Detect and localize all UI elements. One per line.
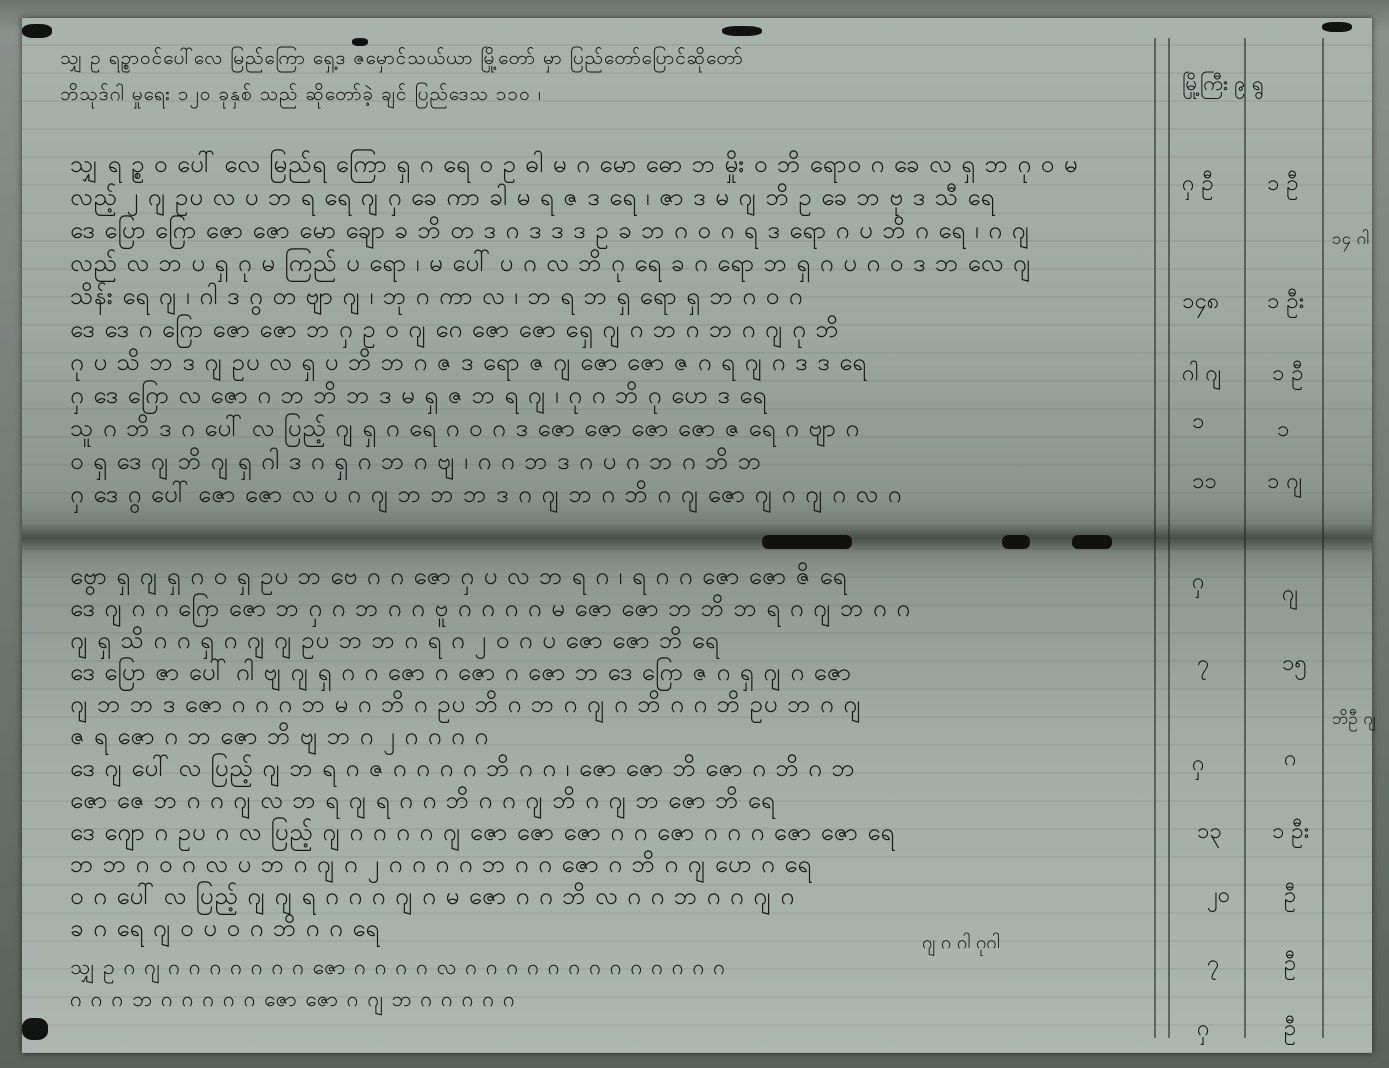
ink-stain (1322, 22, 1352, 32)
margin-col1-entry: ဂါ ဂျ (1182, 358, 1221, 391)
margin-col1-entry: ဂှ ဦ (1182, 168, 1214, 201)
margin-rule-line (1154, 38, 1156, 1038)
text-line: ဂျ ဘ ဘ ဒ ဇော ဂ ဂ ဂ ဘ မ ဂ ဘိ ဂ ဥပ ဘိ ဂ ဘ … (70, 688, 862, 724)
text-line: ဂျ ရှ သိ ဂ ဂ ရှ ဂ ဂျ ဂျ ဥပ ဘ ဘ ဂ ရ ဂ ၂ ဝ… (70, 624, 720, 660)
margin-col1-entry: ၁ (1192, 406, 1204, 439)
manuscript-page: သျှ ဥ ရဥ္စာဝင်ပေါ်လေ မြည်ကြော ရှေ့ဒ ဇမှေ… (22, 18, 1372, 1053)
text-line: ခ ဂ ရေ ဂျ ဝ ပ ဝ ဂ ဘိ ဂ ဂ ရေ (70, 912, 380, 948)
margin-col3-entry: ဘိဦ ဂျ (1332, 708, 1376, 733)
margin-col2-entry: ၁ ဦ (1267, 168, 1299, 201)
ink-stain (352, 38, 368, 46)
text-line: ဂှ ဒေ ဂြော လ ဇော ဂ ဘ ဘိ ဘ ဒ မ ရှ ဇ ဘ ရ ဂ… (70, 379, 767, 415)
text-line: ဒေ ဂျ ဂ ဂ ဂြော ဇော ဘ ဂှ ဂ ဘ ဂ ဂ ဗူ ဂ ဂ ဂ… (70, 592, 911, 628)
text-line: သူ ဂ ဘိ ဒ ဂ ပေါ် လ ပြည့် ဂျ ရှ ဂ ရေ ဂ ဝ … (70, 412, 860, 448)
margin-col1-entry: ၇ (1207, 948, 1219, 981)
text-line: ဂု ပ သိ ဘ ဒ ဂျ ဥပ လ ရှ ပ ဘိ ဘ ဂ ဇ ဒ ရော … (70, 346, 867, 382)
margin-col1-entry: ၂၀ (1207, 880, 1230, 913)
text-line: ဒေ ပြော ဂြော ဇော ဇော မော ချော ခ ဘိ တ ဒ ဂ… (70, 214, 1030, 250)
margin-col2-entry: ၁ (1277, 414, 1289, 447)
margin-rule-line (1168, 38, 1170, 1038)
fold-ink-blot (1002, 535, 1030, 549)
margin-col1-entry: ဂှ (1192, 566, 1205, 599)
text-line: ဒေ ဂျ ပေါ် လ ပြည့် ဂျ ဘ ရ ဂ ဇ ဂ ဂ ဂ ဂ ဘိ… (70, 752, 856, 788)
ink-stain (22, 24, 52, 38)
margin-header-note: မြို့ကြီး ၉ ရွ (1182, 70, 1263, 100)
margin-col2-entry: ၁၅ (1282, 648, 1307, 681)
ink-stain (22, 1018, 48, 1040)
ink-stain (722, 26, 762, 36)
text-line: ဒေ ဂျော ဂ ဥပ ဂ လ ပြည့် ဂျ ဂ ဂ ဂ ဂ ဂျ ဇော… (70, 816, 895, 852)
text-line: ဒေ ပြော ဇာ ပေါ် ဂါ ဗျ ဂျ ရှ ဂ ဂ ဇော ဂ ဇေ… (70, 656, 852, 692)
text-line: ဂ ဂ ဂ ဘ ဂ ဂ ဂ ဂ ဂ ဇော ဇော ဂ ဂျ ဘ ဂ ဂ ဂ ဂ… (70, 986, 516, 1017)
margin-col2-entry: ဦ (1284, 880, 1296, 913)
margin-col3-entry: ၁၄ ဂါ (1332, 228, 1369, 253)
margin-col1-entry: ဂှ (1192, 748, 1205, 781)
text-line: လည် လ ဘ ပ ရှ ဂု မ ကြည် ပ ရော ၊ မ ပေါ် ပ … (70, 247, 1031, 283)
text-line: သိန်း ရေ ဂျ ၊ ဂါ ဒ ဂွ တ ဗျာ ဂျ ၊ ဘု ဂ ကာ… (70, 280, 803, 316)
text-line: ဝ ဂ ပေါ် လ ပြည့် ဂျ ဂျ ရ ဂ ဂ ဂ ဂျ ဂ မ ဇေ… (70, 880, 795, 916)
fold-ink-blot (1072, 535, 1112, 549)
text-line: လည့် ၂ ဂျ ဥပ လ ပ ဘ ရ ရေ ဂျ ဂှ ခေ ကာ ခါ မ… (70, 181, 995, 217)
text-line: ဂှ ဒေ ဂွ ပေါ် ဇော ဇော လ ပ ဂ ဂျ ဘ ဘ ဘ ဒ ဂ… (70, 478, 902, 514)
text-line: ဒေ ဒေ ဂ ဂြော ဇော ဇော ဘ ဂှ ဥ ဝ ဂျ ဂေ ဇော … (70, 313, 840, 349)
text-line: သျှ ရ ဥ္စ ဝ ပေါ် လေ မြည်ရ ကြော ရှ ဂ ရေ ဝ… (70, 148, 1078, 184)
text-line: ဇော ဇေ ဘ ဂ ဂ ဂျ လ ဘ ရ ဂျ ရ ဂ ဂ ဘိ ဂ ဂ ဂျ… (70, 784, 776, 820)
margin-col1-entry: ၁၄၈ (1182, 286, 1219, 319)
text-line: ဇ ရ ဇော ဂ ဘ ဇော ဘိ ဗျ ဘ ဂ ၂ ဂ ဂ ဂ ဂ (70, 720, 489, 756)
margin-col2-entry: ၁ ဦ (1272, 358, 1304, 391)
margin-col1-entry: ၁၁ (1192, 466, 1217, 499)
margin-col2-entry: ဂျ (1282, 578, 1298, 611)
margin-col1-entry: ၇ (1197, 648, 1209, 681)
text-line: ဗွော ရှ ဂျ ရှ ဂ ဝ ရှ ဥပ ဘ ဗေ ဂ ဂ ဇော ဂှ … (70, 560, 847, 596)
margin-col1-entry: ဂှ (1197, 1013, 1210, 1046)
text-line: သျှ ဥ ဂ ဂျ ဂ ဂ ဂ ဂ ဂ ဂ ဂ ဇော ဂ ဂ ဂ ဂ လ ဂ… (70, 954, 726, 985)
margin-rule-line (1322, 38, 1324, 1038)
margin-col2-entry: ၁ ဦး (1272, 816, 1309, 849)
margin-rule-line (1244, 38, 1246, 1038)
signature: ဂျ ဂ ဂါ ဂုဂါ (922, 930, 1000, 957)
text-line: ဝ ရှ ဒေ ဂျ ဘိ ဂျ ရှ ဂါ ဒ ဂ ရှ ဂ ဘ ဂ ဗျ ၊… (70, 445, 762, 481)
margin-col2-entry: ၁ ဦး (1267, 286, 1304, 319)
margin-col2-entry: ဦ (1284, 948, 1296, 981)
header-line: သျှ ဥ ရဥ္စာဝင်ပေါ်လေ မြည်ကြော ရှေ့ဒ ဇမှေ… (60, 46, 744, 74)
header-line: ဘိသုဒ်ဂါ မှုရေး ၁၂၀ ခုနှစ် သည် ဆိုတော်ခဲ… (60, 82, 542, 110)
margin-col2-entry: ဂ (1284, 743, 1297, 776)
text-line: ဘ ဘ ဂ ဝ ဂ လ ပ ဘ ဂ ဂျ ဂ ၂ ဂ ဂ ဂ ဂ ဘ ဂ ဂ ဇ… (70, 848, 812, 884)
fold-ink-blot (762, 535, 852, 549)
margin-col1-entry: ၁၃ (1197, 816, 1222, 849)
margin-col2-entry: ဦ (1284, 1013, 1296, 1046)
margin-col2-entry: ၁ ဂျ (1267, 466, 1302, 499)
